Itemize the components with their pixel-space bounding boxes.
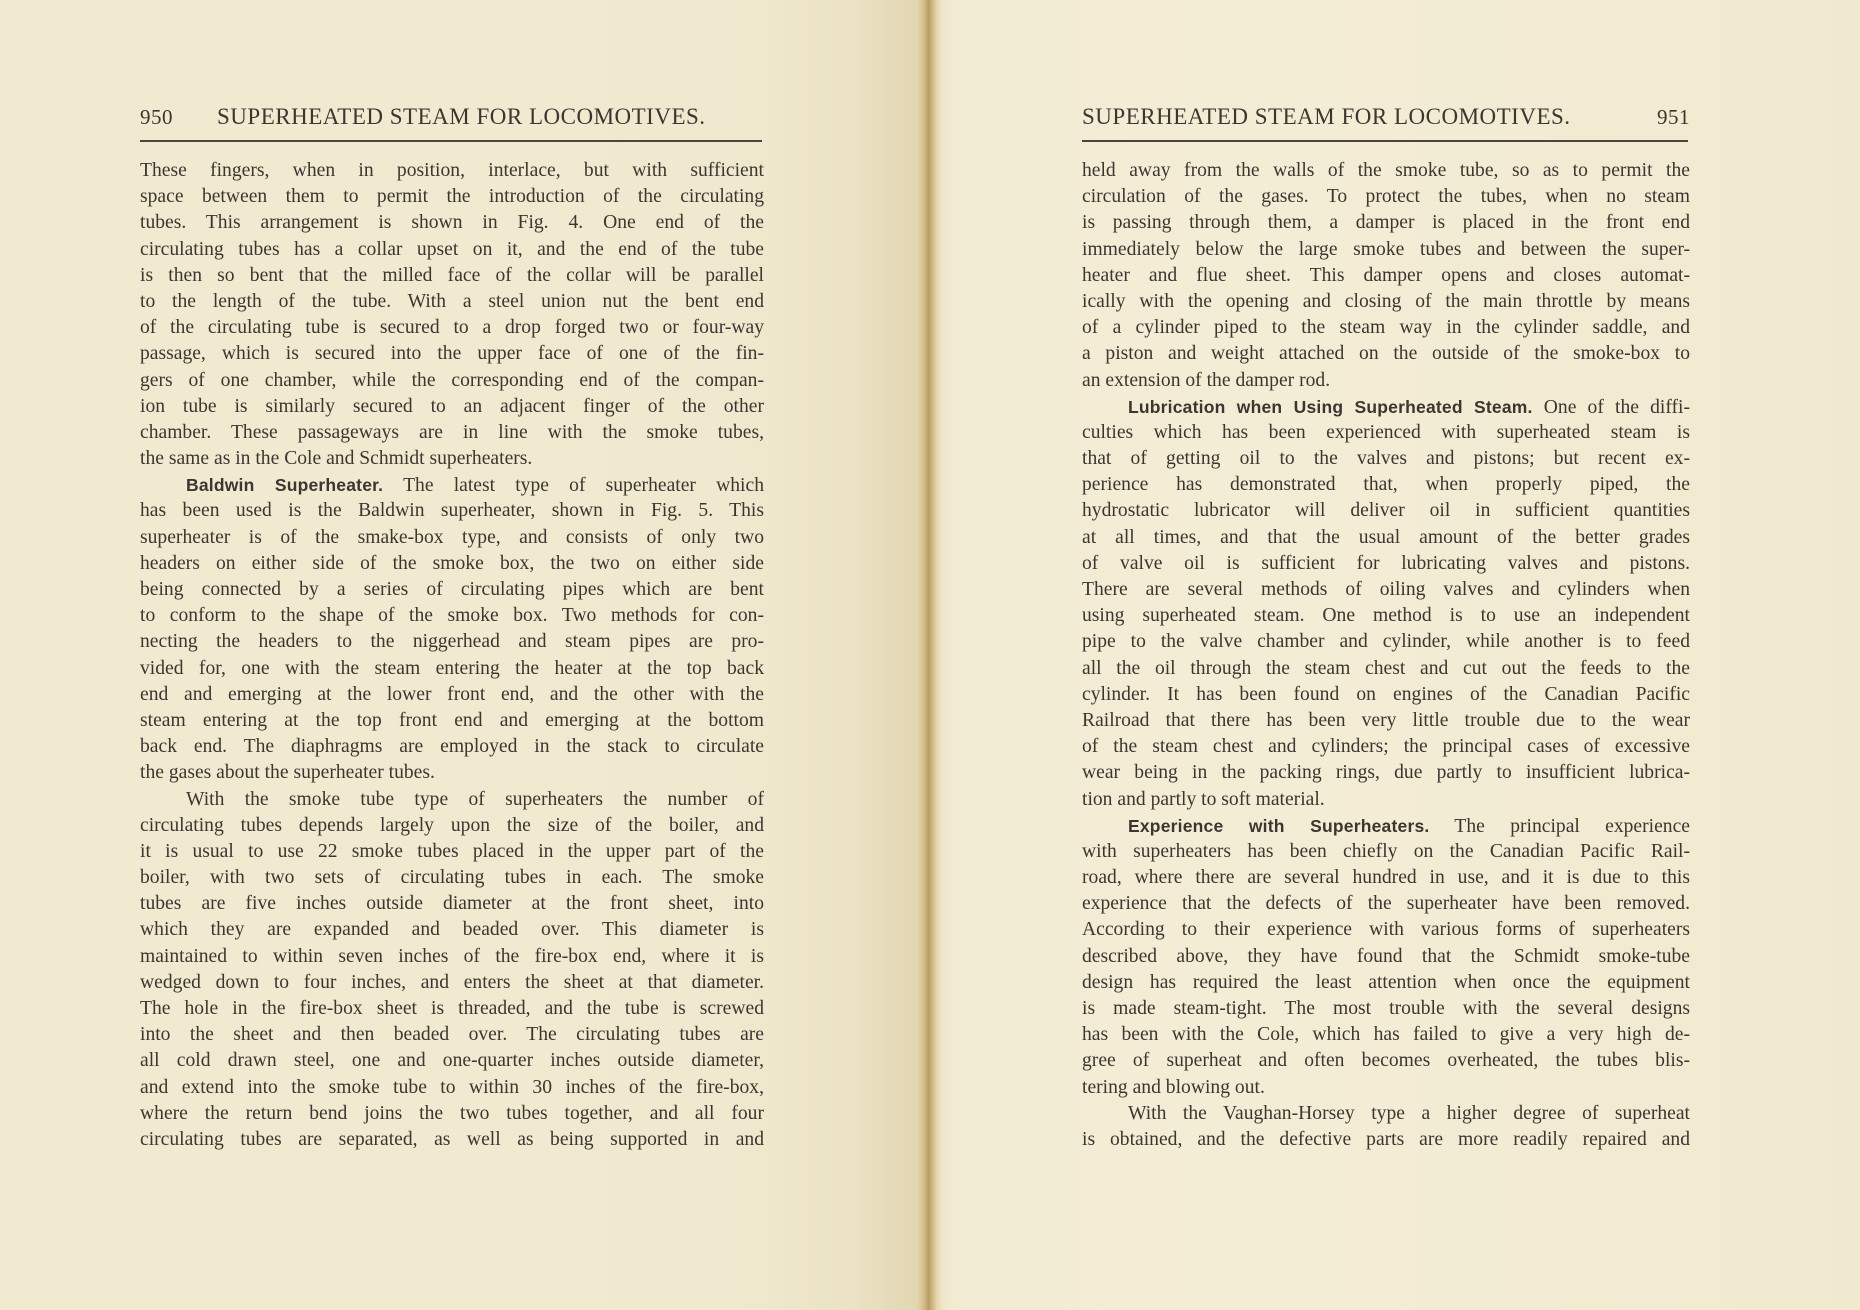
text-line: of the circulating tube is secured to a …	[140, 315, 764, 341]
line-text: is made steam-tight. The most trouble wi…	[1082, 998, 1690, 1019]
line-text: ically with the opening and closing of t…	[1082, 291, 1690, 312]
text-line: The hole in the fire-box sheet is thread…	[140, 996, 764, 1022]
text-line: the same as in the Cole and Schmidt supe…	[140, 446, 764, 472]
text-line: of the steam chest and cylinders; the pr…	[1082, 734, 1690, 760]
line-text: cylinder. It has been found on engines o…	[1082, 684, 1690, 705]
line-text: it is usual to use 22 smoke tubes placed…	[140, 841, 764, 862]
line-text: to conform to the shape of the smoke box…	[140, 605, 764, 626]
text-line: has been with the Cole, which has failed…	[1082, 1022, 1690, 1048]
line-text: of a cylinder piped to the steam way in …	[1082, 317, 1690, 338]
line-text: chamber. These passageways are in line w…	[140, 422, 764, 443]
text-line: wear being in the packing rings, due par…	[1082, 760, 1690, 786]
line-text: an extension of the damper rod.	[1082, 370, 1330, 391]
line-text: ion tube is similarly secured to an adja…	[140, 396, 764, 417]
text-line: a piston and weight attached on the outs…	[1082, 341, 1690, 367]
text-line: tion and partly to soft material.	[1082, 787, 1690, 813]
line-text: and extend into the smoke tube to within…	[140, 1077, 764, 1098]
text-line: to the length of the tube. With a steel …	[140, 289, 764, 315]
section-heading: Experience with Superheaters.	[1128, 816, 1429, 836]
text-line: is then so bent that the milled face of …	[140, 263, 764, 289]
line-text: maintained to within seven inches of the…	[140, 946, 764, 967]
line-text: One of the diffi-	[1533, 397, 1690, 418]
line-text: end and emerging at the lower front end,…	[140, 684, 764, 705]
line-text: Railroad that there has been very little…	[1082, 710, 1690, 731]
text-line: has been used is the Baldwin superheater…	[140, 498, 764, 524]
section-heading: Lubrication when Using Superheated Steam…	[1128, 397, 1533, 417]
text-line: superheater is of the smake-box type, an…	[140, 525, 764, 551]
book-gutter	[918, 0, 942, 1310]
line-text: design has required the least attention …	[1082, 972, 1690, 993]
text-line: circulation of the gases. To protect the…	[1082, 184, 1690, 210]
text-line: where the return bend joins the two tube…	[140, 1101, 764, 1127]
line-text: tubes are five inches outside diameter a…	[140, 893, 764, 914]
line-text: has been with the Cole, which has failed…	[1082, 1024, 1690, 1045]
line-text: gree of superheat and often becomes over…	[1082, 1050, 1690, 1071]
page-number: 950	[140, 105, 173, 130]
text-line: pipe to the valve chamber and cylinder, …	[1082, 629, 1690, 655]
line-text: circulating tubes are separated, as well…	[140, 1129, 764, 1150]
text-line: and extend into the smoke tube to within…	[140, 1075, 764, 1101]
line-text: at all times, and that the usual amount …	[1082, 527, 1690, 548]
text-line: circulating tubes has a collar upset on …	[140, 237, 764, 263]
running-title: SUPERHEATED STEAM FOR LOCOMOTIVES.	[217, 104, 706, 130]
left-page: 950 SUPERHEATED STEAM FOR LOCOMOTIVES. T…	[0, 0, 920, 1310]
text-line: it is usual to use 22 smoke tubes placed…	[140, 839, 764, 865]
line-text: of the steam chest and cylinders; the pr…	[1082, 736, 1690, 757]
body-text: These fingers, when in position, interla…	[140, 158, 764, 1153]
line-text: perience has demonstrated that, when pro…	[1082, 474, 1690, 495]
line-text: of the circulating tube is secured to a …	[140, 317, 764, 338]
text-line: immediately below the large smoke tubes …	[1082, 237, 1690, 263]
line-text: a piston and weight attached on the outs…	[1082, 343, 1690, 364]
line-text: circulation of the gases. To protect the…	[1082, 186, 1690, 207]
line-text: with superheaters has been chiefly on th…	[1082, 841, 1690, 862]
text-line: cylinder. It has been found on engines o…	[1082, 682, 1690, 708]
text-line: heater and flue sheet. This damper opens…	[1082, 263, 1690, 289]
line-text: wedged down to four inches, and enters t…	[140, 972, 764, 993]
line-text: described above, they have found that th…	[1082, 946, 1690, 967]
text-line: of a cylinder piped to the steam way in …	[1082, 315, 1690, 341]
line-text: tion and partly to soft material.	[1082, 789, 1325, 810]
text-line: road, where there are several hundred in…	[1082, 865, 1690, 891]
text-line: perience has demonstrated that, when pro…	[1082, 472, 1690, 498]
line-text: experience that the defects of the super…	[1082, 893, 1690, 914]
line-text: immediately below the large smoke tubes …	[1082, 239, 1690, 260]
text-line: circulating tubes depends largely upon t…	[140, 813, 764, 839]
running-title: SUPERHEATED STEAM FOR LOCOMOTIVES.	[1082, 104, 1571, 130]
text-line: hydrostatic lubricator will deliver oil …	[1082, 498, 1690, 524]
text-line: using superheated steam. One method is t…	[1082, 603, 1690, 629]
text-line: at all times, and that the usual amount …	[1082, 525, 1690, 551]
line-text: passage, which is secured into the upper…	[140, 343, 764, 364]
text-line: is obtained, and the defective parts are…	[1082, 1127, 1690, 1153]
text-line: being connected by a series of circulati…	[140, 577, 764, 603]
text-line: With the smoke tube type of superheaters…	[140, 787, 764, 813]
line-text: heater and flue sheet. This damper opens…	[1082, 265, 1690, 286]
section-heading-line: Lubrication when Using Superheated Steam…	[1082, 394, 1690, 420]
line-text: superheater is of the smake-box type, an…	[140, 527, 764, 548]
line-text: where the return bend joins the two tube…	[140, 1103, 764, 1124]
text-line: steam entering at the top front end and …	[140, 708, 764, 734]
text-line: to conform to the shape of the smoke box…	[140, 603, 764, 629]
text-line: all the oil through the steam chest and …	[1082, 656, 1690, 682]
line-text: circulating tubes depends largely upon t…	[140, 815, 764, 836]
line-text: gers of one chamber, while the correspon…	[140, 370, 764, 391]
text-line: ion tube is similarly secured to an adja…	[140, 394, 764, 420]
line-text: circulating tubes has a collar upset on …	[140, 239, 764, 260]
text-line: tering and blowing out.	[1082, 1075, 1690, 1101]
text-line: maintained to within seven inches of the…	[140, 944, 764, 970]
text-line: the gases about the superheater tubes.	[140, 760, 764, 786]
text-line: There are several methods of oiling valv…	[1082, 577, 1690, 603]
text-line: back end. The diaphragms are employed in…	[140, 734, 764, 760]
text-line: With the Vaughan-Horsey type a higher de…	[1082, 1101, 1690, 1127]
line-text: According to their experience with vario…	[1082, 919, 1690, 940]
line-text: steam entering at the top front end and …	[140, 710, 764, 731]
text-line: gers of one chamber, while the correspon…	[140, 368, 764, 394]
line-text: that of getting oil to the valves and pi…	[1082, 448, 1690, 469]
line-text: held away from the walls of the smoke tu…	[1082, 160, 1690, 181]
line-text: is passing through them, a damper is pla…	[1082, 212, 1690, 233]
line-text: tering and blowing out.	[1082, 1077, 1265, 1098]
text-line: According to their experience with vario…	[1082, 917, 1690, 943]
text-line: end and emerging at the lower front end,…	[140, 682, 764, 708]
text-line: These fingers, when in position, interla…	[140, 158, 764, 184]
line-text: headers on either side of the smoke box,…	[140, 553, 764, 574]
line-text: space between them to permit the introdu…	[140, 186, 764, 207]
line-text: With the smoke tube type of superheaters…	[186, 789, 764, 810]
line-text: is obtained, and the defective parts are…	[1082, 1129, 1690, 1150]
text-line: which they are expanded and beaded over.…	[140, 917, 764, 943]
line-text: The latest type of superheater which	[383, 475, 764, 496]
line-text: the gases about the superheater tubes.	[140, 762, 435, 783]
page-number: 951	[1657, 105, 1690, 130]
text-line: with superheaters has been chiefly on th…	[1082, 839, 1690, 865]
line-text: back end. The diaphragms are employed in…	[140, 736, 764, 757]
section-heading-line: Experience with Superheaters. The princi…	[1082, 813, 1690, 839]
line-text: all cold drawn steel, one and one-quarte…	[140, 1050, 764, 1071]
text-line: described above, they have found that th…	[1082, 944, 1690, 970]
line-text: wear being in the packing rings, due par…	[1082, 762, 1690, 783]
text-line: Railroad that there has been very little…	[1082, 708, 1690, 734]
line-text: hydrostatic lubricator will deliver oil …	[1082, 500, 1690, 521]
line-text: all the oil through the steam chest and …	[1082, 658, 1690, 679]
text-line: into the sheet and then beaded over. The…	[140, 1022, 764, 1048]
section-heading: Baldwin Superheater.	[186, 475, 383, 495]
text-line: that of getting oil to the valves and pi…	[1082, 446, 1690, 472]
book-spread: 950 SUPERHEATED STEAM FOR LOCOMOTIVES. T…	[0, 0, 1860, 1310]
text-line: boiler, with two sets of circulating tub…	[140, 865, 764, 891]
text-line: held away from the walls of the smoke tu…	[1082, 158, 1690, 184]
line-text: the same as in the Cole and Schmidt supe…	[140, 448, 532, 469]
text-line: gree of superheat and often becomes over…	[1082, 1048, 1690, 1074]
line-text: There are several methods of oiling valv…	[1082, 579, 1690, 600]
line-text: necting the headers to the niggerhead an…	[140, 631, 764, 652]
text-line: tubes are five inches outside diameter a…	[140, 891, 764, 917]
section-heading-line: Baldwin Superheater. The latest type of …	[140, 472, 764, 498]
line-text: The principal experience	[1429, 816, 1690, 837]
line-text: These fingers, when in position, interla…	[140, 160, 764, 181]
text-line: ically with the opening and closing of t…	[1082, 289, 1690, 315]
line-text: tubes. This arrangement is shown in Fig.…	[140, 212, 764, 233]
text-line: of valve oil is sufficient for lubricati…	[1082, 551, 1690, 577]
line-text: vided for, one with the steam entering t…	[140, 658, 764, 679]
text-line: culties which has been experienced with …	[1082, 420, 1690, 446]
header-rule	[140, 140, 762, 142]
line-text: boiler, with two sets of circulating tub…	[140, 867, 764, 888]
line-text: using superheated steam. One method is t…	[1082, 605, 1690, 626]
text-line: headers on either side of the smoke box,…	[140, 551, 764, 577]
line-text: pipe to the valve chamber and cylinder, …	[1082, 631, 1690, 652]
line-text: which they are expanded and beaded over.…	[140, 919, 764, 940]
text-line: chamber. These passageways are in line w…	[140, 420, 764, 446]
text-line: wedged down to four inches, and enters t…	[140, 970, 764, 996]
text-line: tubes. This arrangement is shown in Fig.…	[140, 210, 764, 236]
line-text: of valve oil is sufficient for lubricati…	[1082, 553, 1690, 574]
line-text: road, where there are several hundred in…	[1082, 867, 1690, 888]
line-text: The hole in the fire-box sheet is thread…	[140, 998, 764, 1019]
text-line: is passing through them, a damper is pla…	[1082, 210, 1690, 236]
text-line: necting the headers to the niggerhead an…	[140, 629, 764, 655]
header-rule	[1082, 140, 1688, 142]
line-text: With the Vaughan-Horsey type a higher de…	[1128, 1103, 1690, 1124]
line-text: is then so bent that the milled face of …	[140, 265, 764, 286]
text-line: circulating tubes are separated, as well…	[140, 1127, 764, 1153]
right-page: SUPERHEATED STEAM FOR LOCOMOTIVES. 951 h…	[920, 0, 1860, 1310]
text-line: all cold drawn steel, one and one-quarte…	[140, 1048, 764, 1074]
line-text: into the sheet and then beaded over. The…	[140, 1024, 764, 1045]
text-line: an extension of the damper rod.	[1082, 368, 1690, 394]
line-text: culties which has been experienced with …	[1082, 422, 1690, 443]
text-line: space between them to permit the introdu…	[140, 184, 764, 210]
text-line: design has required the least attention …	[1082, 970, 1690, 996]
text-line: is made steam-tight. The most trouble wi…	[1082, 996, 1690, 1022]
running-header-right: SUPERHEATED STEAM FOR LOCOMOTIVES. 951	[1082, 104, 1690, 134]
line-text: being connected by a series of circulati…	[140, 579, 764, 600]
text-line: passage, which is secured into the upper…	[140, 341, 764, 367]
line-text: has been used is the Baldwin superheater…	[140, 500, 764, 521]
text-line: experience that the defects of the super…	[1082, 891, 1690, 917]
text-line: vided for, one with the steam entering t…	[140, 656, 764, 682]
line-text: to the length of the tube. With a steel …	[140, 291, 764, 312]
running-header-left: 950 SUPERHEATED STEAM FOR LOCOMOTIVES.	[140, 104, 764, 134]
body-text: held away from the walls of the smoke tu…	[1082, 158, 1690, 1153]
